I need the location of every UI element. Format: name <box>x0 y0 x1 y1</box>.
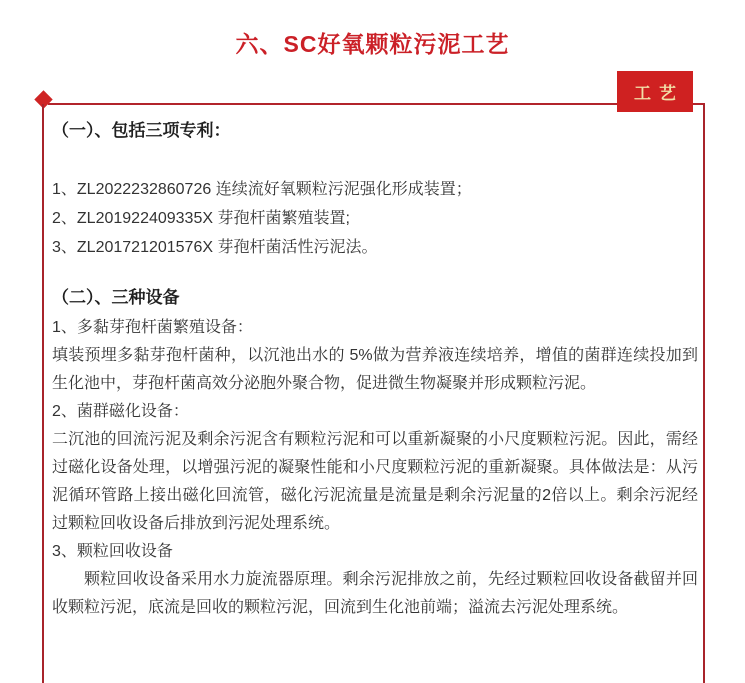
device-title: 3、颗粒回收设备 <box>52 538 698 566</box>
process-tab-label: 工艺 <box>626 79 684 104</box>
device-title: 2、菌群磁化设备： <box>52 398 698 426</box>
device-paragraph: 填装预埋多黏芽孢杆菌种，以沉池出水的 5%做为营养液连续培养，增值的菌群连续投加… <box>52 342 698 398</box>
device-paragraph: 颗粒回收设备采用水力旋流器原理。剩余污泥排放之前，先经过颗粒回收设备截留并回收颗… <box>52 566 698 622</box>
device-block: 3、颗粒回收设备 颗粒回收设备采用水力旋流器原理。剩余污泥排放之前，先经过颗粒回… <box>52 538 698 622</box>
device-title: 1、多黏芽孢杆菌繁殖设备： <box>52 314 698 342</box>
patent-item: 3、ZL201721201576X 芽孢杆菌活性污泥法。 <box>52 233 698 262</box>
device-paragraph: 二沉池的回流污泥及剩余污泥含有颗粒污泥和可以重新凝聚的小尺度颗粒污泥。因此，需经… <box>52 426 698 538</box>
device-block: 1、多黏芽孢杆菌繁殖设备： 填装预埋多黏芽孢杆菌种，以沉池出水的 5%做为营养液… <box>52 314 698 398</box>
patent-list: 1、ZL2022232860726 连续流好氧颗粒污泥强化形成装置； 2、ZL2… <box>52 175 698 262</box>
section2-heading: （二）、三种设备 <box>52 286 698 310</box>
section1-heading: （一）、包括三项专利： <box>52 119 698 143</box>
patent-item: 2、ZL201922409335X 芽孢杆菌繁殖装置; <box>52 204 698 233</box>
page-title: 六、SC好氧颗粒污泥工艺 <box>0 26 745 59</box>
device-block: 2、菌群磁化设备： 二沉池的回流污泥及剩余污泥含有颗粒污泥和可以重新凝聚的小尺度… <box>52 398 698 538</box>
content-area: （一）、包括三项专利： 1、ZL2022232860726 连续流好氧颗粒污泥强… <box>52 119 698 622</box>
patent-item: 1、ZL2022232860726 连续流好氧颗粒污泥强化形成装置； <box>52 175 698 204</box>
device-list: 1、多黏芽孢杆菌繁殖设备： 填装预埋多黏芽孢杆菌种，以沉池出水的 5%做为营养液… <box>52 314 698 622</box>
process-tab: 工艺 <box>617 71 693 112</box>
